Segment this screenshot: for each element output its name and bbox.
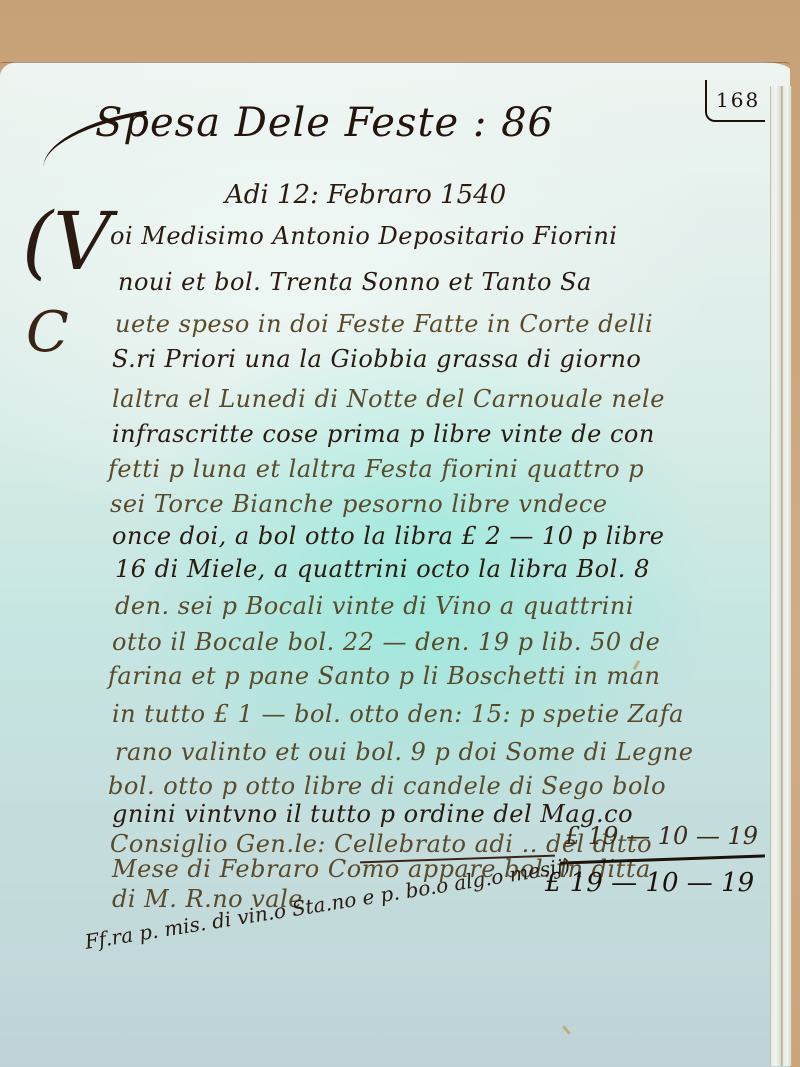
text-line: S.ri Priori una la Giobbia grassa di gio… [112,345,641,373]
page-edge-stack [782,86,792,1066]
text-line: den. sei p Bocali vinte di Vino a quattr… [115,592,634,620]
text-line: bol. otto p otto libre di candele di Seg… [108,772,666,800]
page-title: Spesa Dele Feste : 86 [95,100,554,146]
line-total: £ 19 — 10 — 19 [565,822,758,850]
text-line: fetti p luna et laltra Festa fiorini qua… [108,455,644,483]
margin-mark: C [26,300,69,365]
text-line: uete speso in doi Feste Fatte in Corte d… [115,310,653,338]
text-line: in tutto £ 1 — bol. otto den: 15: p spet… [112,700,684,728]
sum-total: £ 19 — 10 — 19 [545,868,754,898]
text-line: farina et p pane Santo p li Boschetti in… [108,662,660,690]
text-line: oi Medisimo Antonio Depositario Fiorini [110,222,617,250]
page-edge-stack [770,86,782,1066]
text-line: noui et bol. Trenta Sonno et Tanto Sa [118,268,592,296]
page-number: 168 [716,88,760,112]
text-line: rano valinto et oui bol. 9 p doi Some di… [115,738,693,766]
text-line: otto il Bocale bol. 22 — den. 19 p lib. … [112,628,660,656]
initial-letter: (V [22,195,111,288]
text-line: infrascritte cose prima p libre vinte de… [112,420,655,448]
text-line: laltra el Lunedi di Notte del Carnouale … [112,385,665,413]
text-line: 16 di Miele, a quattrini octo la libra B… [115,555,650,583]
text-line: gnini vintvno il tutto p ordine del Mag.… [112,800,633,828]
date-line: Adi 12: Febraro 1540 [225,180,506,210]
text-line: once doi, a bol otto la libra £ 2 — 10 p… [112,522,665,550]
text-line: sei Torce Bianche pesorno libre vndece [110,490,608,518]
